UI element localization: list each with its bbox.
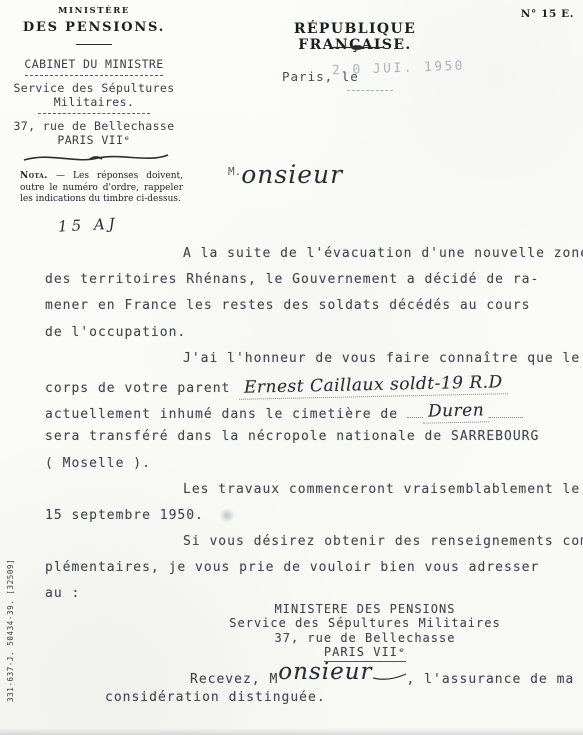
letterhead-street: 37, rue de Bellechasse [0, 119, 190, 133]
ink-smudge [218, 508, 236, 523]
body-line: Si vous désirez obtenir des renseignemen… [45, 534, 553, 560]
handwritten-cemetery-name: Duren [423, 400, 490, 423]
closing-typed-post: , l'assurance de ma [407, 672, 575, 687]
closing-line: Recevez, Monsieur, l'assurance de ma [45, 663, 553, 690]
ministry-name: DES PENSIONS. [0, 20, 190, 35]
form-reference-number: N° 15 E. [521, 8, 574, 20]
dashed-divider [25, 75, 163, 76]
body-typed-text: actuellement inhumé dans le cimetière de [45, 407, 398, 422]
closing-line-2: considération distinguée. [45, 690, 553, 716]
body-line: plémentaires, je vous prie de vouloir bi… [45, 560, 553, 586]
date-stamp-underline [347, 90, 393, 91]
dotted-leader [489, 404, 523, 418]
date-stamp: 2 0 JUI. 1950 [332, 59, 465, 79]
republic-divider-ornament [330, 43, 384, 52]
body-typed-text: 15 septembre 1950. [45, 508, 204, 523]
body-line-with-cemetery: actuellement inhumé dans le cimetière de… [45, 403, 553, 429]
body-line: mener en France les restes des soldats d… [45, 298, 553, 324]
dashed-divider [38, 113, 150, 114]
closing-typed-pre: Recevez, M [190, 672, 278, 687]
ministry-name-small: MINISTÈRE [0, 6, 190, 16]
salutation: M.onsieur [228, 160, 343, 189]
body-line: de l'occupation. [45, 325, 553, 351]
salutation-handwritten: onsieur [241, 160, 343, 189]
letterhead-flourish [20, 150, 172, 166]
letterhead-city: PARIS VIIᵉ [0, 133, 190, 147]
body-line-with-smudge: 15 septembre 1950. [45, 508, 553, 534]
body-line: des territoires Rhénans, le Gouvernement… [45, 272, 553, 298]
body-line: A la suite de l'évacuation d'une nouvell… [45, 246, 553, 272]
letterhead: MINISTÈRE DES PENSIONS. CABINET DU MINIS… [0, 6, 190, 147]
contact-line: MINISTERE DES PENSIONS [197, 602, 533, 617]
salutation-typed: M. [228, 165, 241, 178]
nota-label: Nota. [20, 171, 48, 181]
scanned-letter-page: MINISTÈRE DES PENSIONS. CABINET DU MINIS… [0, 0, 583, 735]
cabinet-line: CABINET DU MINISTRE [0, 57, 190, 71]
body-line-with-name: corps de votre parent Ernest Caillaux so… [45, 377, 553, 403]
body-typed-text: corps de votre parent [45, 381, 230, 396]
contact-line: 37, rue de Bellechasse [197, 631, 533, 646]
contact-line: Service des Sépultures Militaires [197, 616, 533, 631]
body-line: Les travaux commenceront vraisemblableme… [45, 482, 553, 508]
service-line-2: Militaires. [0, 95, 190, 109]
handwritten-deceased-name: Ernest Caillaux soldt-19 R.D [239, 372, 508, 400]
handwriting-tail-flourish [373, 671, 407, 681]
body-line: ( Moselle ). [45, 456, 553, 482]
closing-handwritten: onsieur [278, 659, 372, 685]
dotted-leader [407, 404, 423, 418]
letter-body: A la suite de l'évacuation d'une nouvell… [45, 246, 553, 716]
archive-margin-reference: 331-637-J. 50434-39. [32509] [6, 532, 15, 702]
handwritten-file-reference: 15 AJ [58, 214, 120, 235]
nota-notice: Nota. — Les réponses doivent, outre le n… [20, 171, 183, 206]
ministry-contact-block: MINISTERE DES PENSIONS Service des Sépul… [197, 602, 533, 662]
letterhead-divider [76, 44, 112, 45]
body-line: sera transféré dans la nécropole nationa… [45, 429, 553, 455]
service-line-1: Service des Sépultures [0, 81, 190, 95]
